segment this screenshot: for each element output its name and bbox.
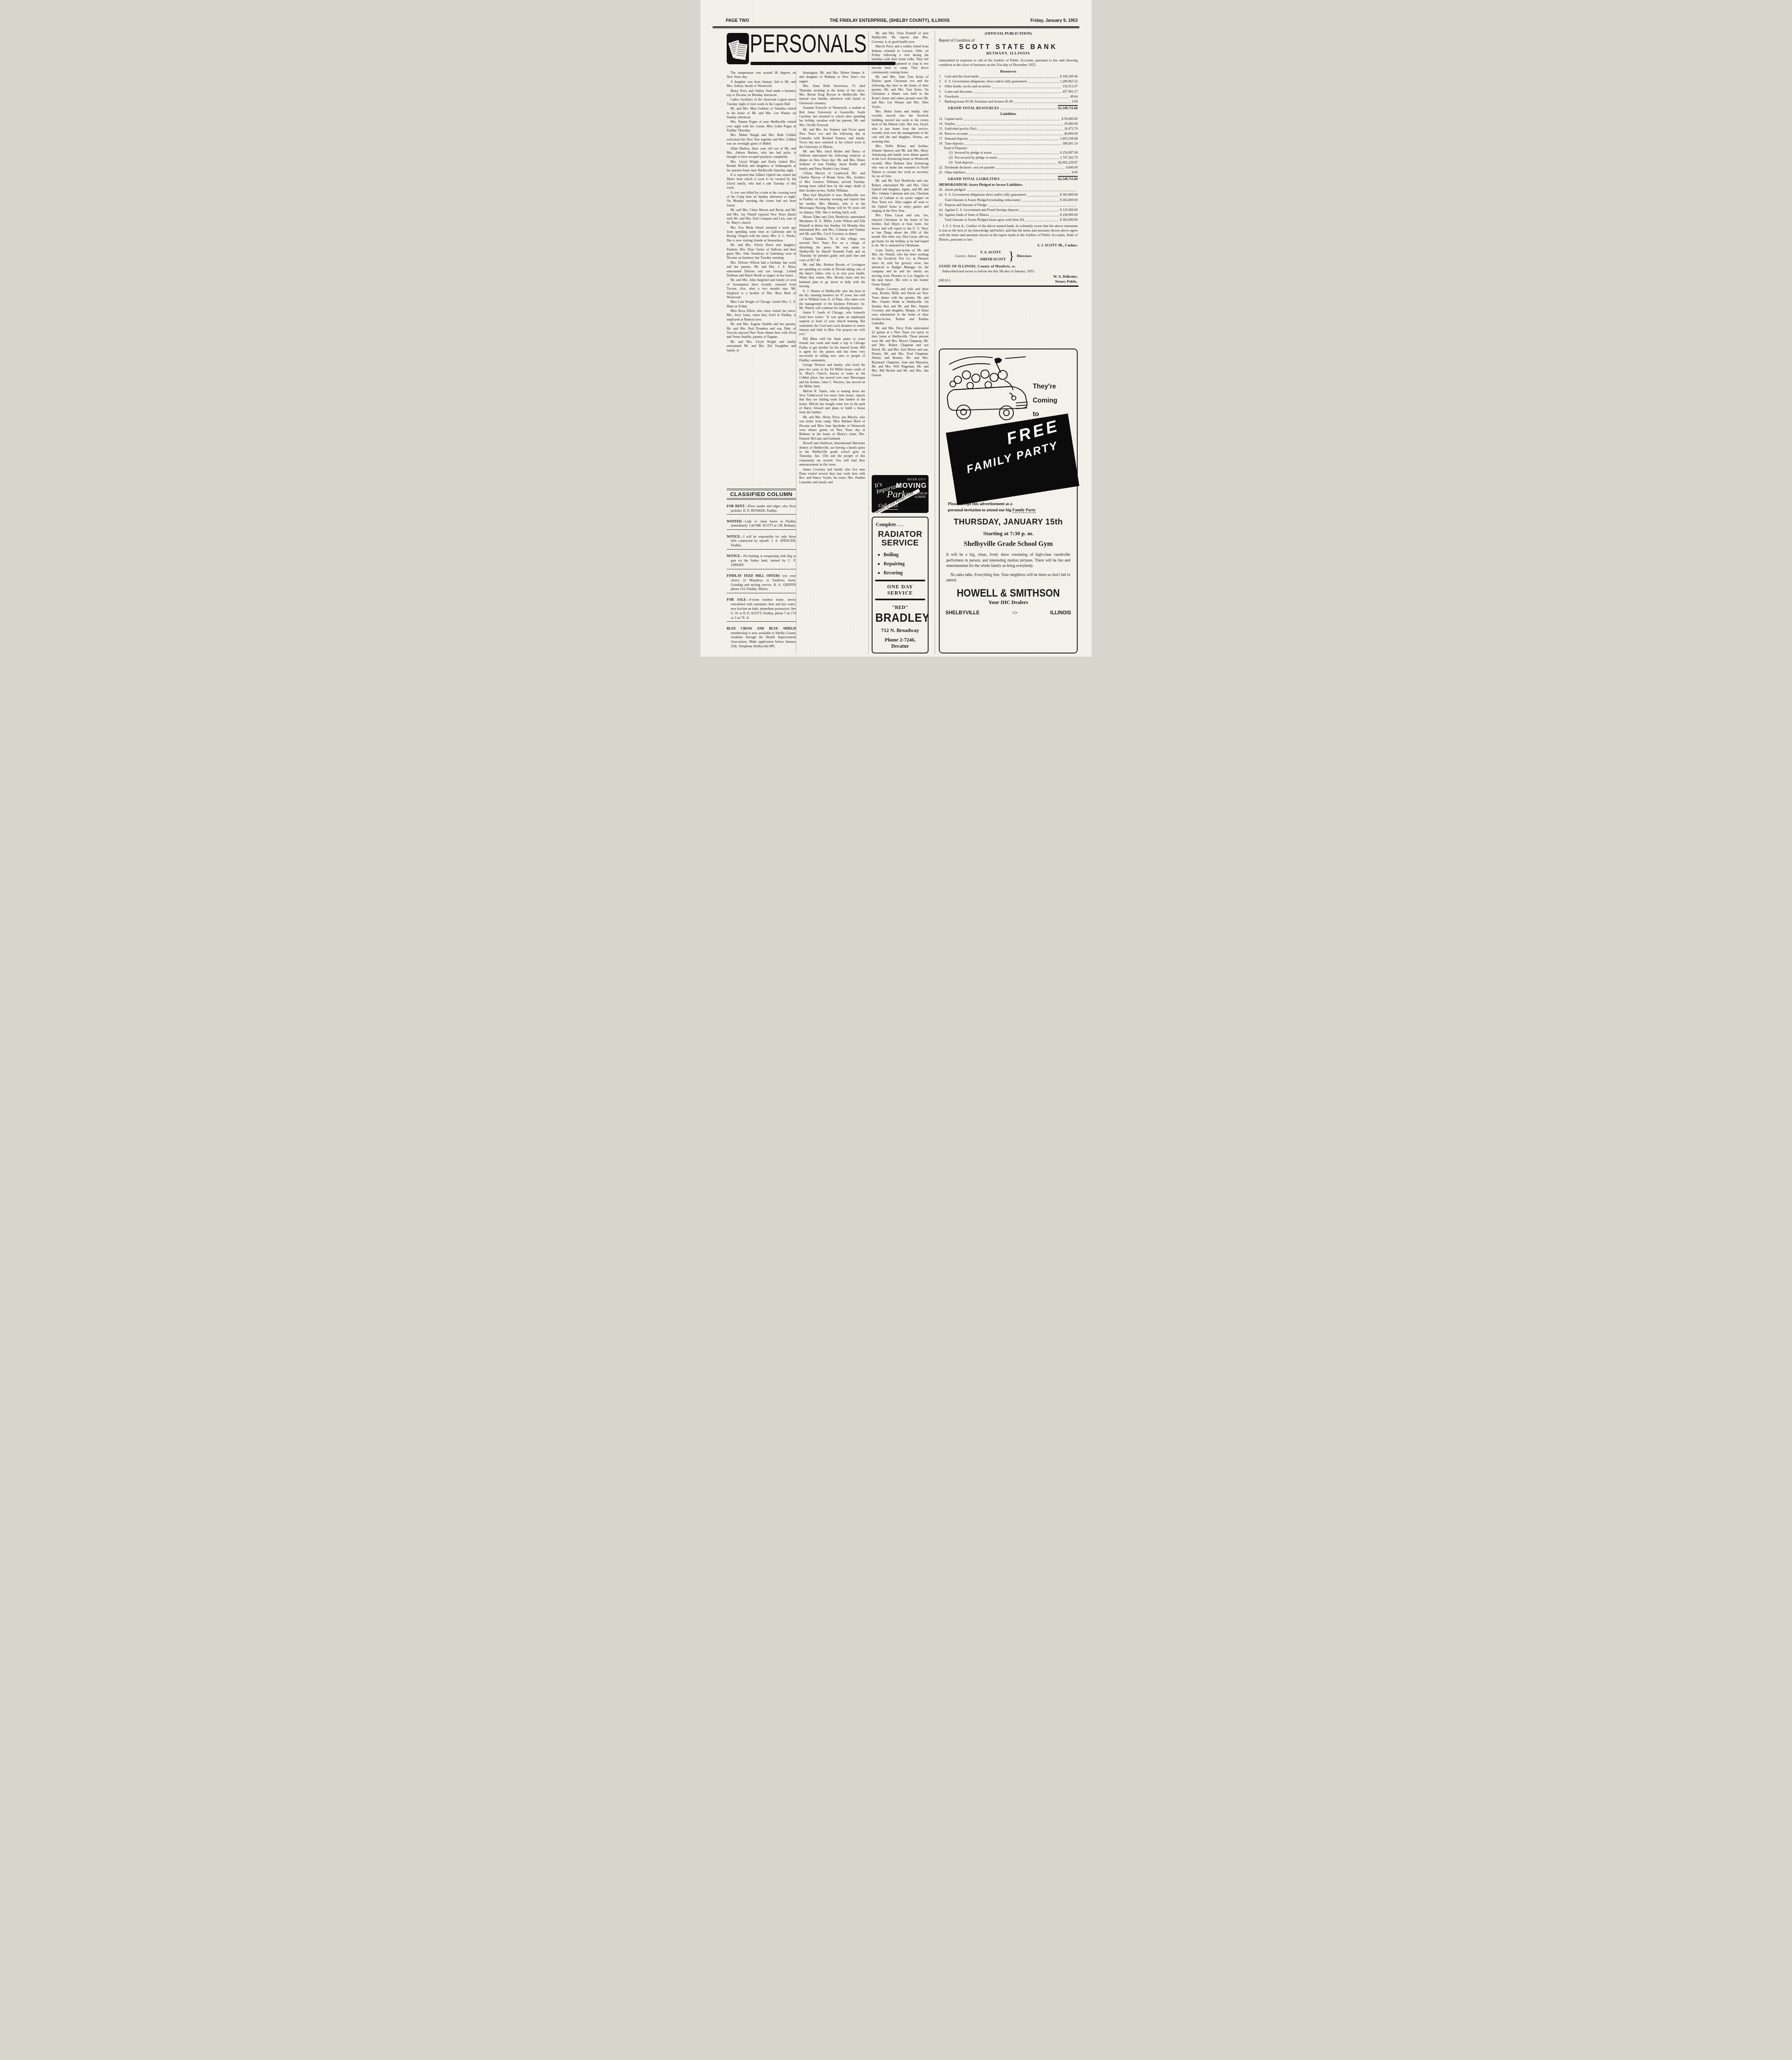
bullet-icon: ●: [877, 552, 880, 557]
personals-paragraph: Wayne Coventry and wife and three sons, …: [872, 287, 929, 326]
family-party-ad: They'reComingtoour FREE FAMILY PARTY Ple…: [939, 349, 1078, 653]
row-label: Overdrafts: [945, 94, 959, 99]
newspaper-icon: [727, 33, 749, 64]
row-label: U. S. Government obligations direct and/…: [945, 192, 1026, 197]
row-amount: $ 238,000.00: [1060, 213, 1078, 217]
personals-paragraph: Mr. and Mrs. Edwin Davis and daughter, P…: [727, 243, 796, 260]
personals-section: PERSONALS The temperature was around 40 …: [727, 31, 930, 653]
row-number: 6.: [939, 94, 945, 99]
row-label: Capital stock: [945, 117, 962, 121]
personals-paragraph: Henry Perry and Oakley Neal made a busin…: [727, 89, 796, 98]
invitation-line2: personal invitation to attend our big: [948, 508, 1011, 513]
row-amount: $ 50,000.00: [1062, 117, 1078, 121]
personals-paragraph: Charles Vadakin, 74, of this village, wa…: [799, 237, 865, 262]
report-intro: transmitted in response to call of the A…: [939, 58, 1078, 67]
row-label: Total deposits: [954, 160, 973, 165]
row-number: (1): [949, 150, 954, 155]
classified-column: CLASSIFIED COLUMN FOR RENT—Floor sander …: [727, 486, 796, 653]
personals-paragraph: Miss Earl Mayfield of near Shelbyville w…: [799, 193, 865, 215]
service-label: Repairing: [884, 561, 905, 567]
classified-ad-lead: NOTICE: [727, 554, 740, 558]
row-label: Total Amount of Assets Pledged (must agr…: [945, 218, 1024, 222]
row-amount: 18,473.79: [1064, 126, 1078, 131]
personals-column-2: Stonington, Mr. and Mrs. Robert Sanner J…: [796, 71, 865, 653]
personals-paragraph: Suzanne Eversole of Westervelt, a studen…: [799, 106, 865, 127]
dealer-name: HOWELL & SMITHSON: [945, 587, 1071, 599]
row-label: Dividends declared—not yet payable: [945, 165, 995, 170]
grand-total-resources-row: GRAND TOTAL RESOURCES $2,149,711.66: [939, 105, 1078, 110]
classified-title-rule: [727, 498, 796, 500]
coming-line: They're: [1033, 380, 1057, 394]
decatur-illinois-label: DECATUR ILLINOIS: [915, 492, 927, 499]
memo-row: 27. Purpose and Amount of Pledge:: [939, 203, 1078, 207]
coming-line: Coming: [1033, 394, 1057, 408]
dotted-leader: [993, 154, 1059, 154]
director-name: SMITH SCOTT: [980, 256, 1006, 262]
party-body-2: No sales talks. Everything free. Your ne…: [946, 572, 1070, 583]
dotted-leader: [998, 159, 1059, 159]
deposit-row: (3) Total deposits $2,002,229.87: [949, 160, 1078, 165]
party-time: Starting at 7:30 p. m.: [945, 530, 1071, 537]
resource-row: 4. Other bonds, stocks and securities 15…: [939, 84, 1078, 89]
personals-paragraph: Mrs. Anna Belle Stevenson, 74, died Thur…: [799, 84, 865, 105]
row-label: Not secured by pledge of assets: [954, 155, 997, 160]
section-divider-rule: [938, 286, 1078, 287]
service-bullet-item: ●Recoring: [877, 570, 924, 576]
personals-paragraph: Mrs. Mabel Slaugh and Mrs. Ruth Cribbet …: [727, 133, 796, 146]
personals-paragraph: Ladies Auxiliary of the American Legion …: [727, 98, 796, 106]
row-label: Purpose and Amount of Pledge:: [945, 203, 987, 207]
director-name: T. A. SCOTT: [980, 249, 1006, 255]
header-rule: [713, 26, 1079, 28]
personals-paragraph: Misses Edna and Zola Hendricks entertain…: [799, 215, 865, 236]
service-bullet-item: ●Repairing: [877, 561, 924, 567]
row-label: U. S. Government obligations, direct and…: [945, 79, 1027, 84]
deposit-row: (1) Secured by pledge of assets $ 254,88…: [949, 150, 1078, 155]
classified-ad-body: —I will be responsible for only those bi…: [731, 535, 796, 548]
classified-top-rule: [727, 489, 796, 490]
dotted-leader: [965, 145, 1061, 145]
dotted-leader: [978, 130, 1063, 130]
liability-row: 15. Undivided profits (Net) 18,473.79: [939, 126, 1078, 131]
dotted-leader: [956, 125, 1063, 125]
row-label: Reserve accounts: [945, 131, 968, 136]
dotted-leader: [1025, 221, 1059, 221]
bank-name: SCOTT STATE BANK: [939, 44, 1078, 51]
attest-label: Correct. Attest:: [939, 254, 980, 258]
row-amount: 48.64: [1070, 94, 1078, 99]
family-car-cartoon: [944, 353, 1029, 432]
radiator-rule-2: [875, 599, 925, 600]
party-venue: Shelbyville Grade School Gym: [945, 540, 1071, 548]
notary-title: Notary Public.: [1055, 279, 1078, 283]
bank-location: BETHANY, ILLINOIS: [939, 51, 1078, 55]
personals-paragraph: Mrs. Dolores Wilson had a birthday last …: [727, 261, 796, 278]
resource-row: 5. Loans and discounts 457,991.57: [939, 89, 1078, 94]
bank-report: (OFFICIAL PUBLICATION) Report of Conditi…: [939, 31, 1078, 290]
issue-date: Friday, January 9, 1953: [1030, 18, 1078, 23]
personals-column-3: Mr. and Mrs. Oran Donnell of near Shelby…: [868, 31, 929, 653]
row-label: Other bonds, stocks and securities: [945, 84, 991, 89]
report-of-condition-label: Report of Condition of: [939, 39, 1078, 43]
page-header: PAGE TWO THE FINDLAY ENTERPRISE, (SHELBY…: [726, 18, 1078, 23]
liability-row: 16. Reserve accounts 40,000.00: [939, 131, 1078, 136]
row-label: Secured by pledge of assets: [954, 150, 992, 155]
dotted-leader: [992, 88, 1062, 88]
grand-total-liabilities-label: GRAND TOTAL LIABILITIES: [948, 177, 1000, 181]
liability-row: 17. Demand deposits 1,693,538.68: [939, 136, 1078, 141]
dotted-leader: [980, 77, 1059, 78]
service-label: Boiling: [884, 552, 899, 558]
liability-row: 22. Dividends declared—not yet payable 4…: [939, 165, 1078, 170]
row-label: Demand deposits: [945, 136, 968, 141]
personals-paragraph: E. J. Watton of Shelbyville who has been…: [799, 289, 865, 311]
bullet-icon: ●: [877, 562, 880, 566]
classified-ad-lead: BLUE CROSS AND BLUE SHIELD: [727, 627, 796, 630]
dotted-leader: [967, 191, 1076, 191]
row-amount: 8.00: [1072, 170, 1078, 175]
dotted-leader: [996, 169, 1065, 169]
bradleys-name: BRADLEY'S: [875, 611, 925, 625]
parke-logo: Parke: [887, 489, 910, 500]
row-label: Against U. S. Government and Postal Savi…: [945, 208, 1019, 212]
row-number: 3.: [939, 79, 945, 84]
grand-total-resources-amount: $2,149,711.66: [1058, 105, 1078, 110]
classified-ad: WANTED—Lady to clean house in Findlay im…: [727, 518, 796, 530]
personals-paragraph: Mrs. Helen Jones and family, who recentl…: [872, 110, 929, 144]
inter-city-label: INTER-CITY: [907, 478, 926, 481]
personals-paragraph: Mr. and Mrs. Ancil Reider and Nancy of S…: [799, 150, 865, 171]
memo-row: (a) U. S. Government obligations direct …: [939, 192, 1078, 197]
resource-row: 1. Cash and due from banks $ 336,290.46: [939, 74, 1078, 79]
classified-ad: NOTICE—No hunting or trespassing with do…: [727, 553, 796, 569]
service-bullet-item: ●Boiling: [877, 552, 924, 558]
dotted-leader: [989, 206, 1076, 206]
personals-paragraph: Mr. and Mrs. Claire Herron and Becky and…: [727, 208, 796, 225]
resources-heading: Resources: [939, 69, 1078, 73]
classified-ad: NOTICE—I will be responsible for only th…: [727, 534, 796, 550]
personals-paragraph: It is reported that Gilbert Uphoff has r…: [727, 173, 796, 190]
personals-paragraph: Miss Lela Wright of Chicago visited Mrs.…: [727, 300, 796, 309]
cashier-signature: S. J. SCOTT JR., Cashier.: [939, 243, 1078, 247]
bullet-icon: ●: [877, 571, 880, 576]
dotted-leader: [973, 93, 1061, 93]
notary-name: W. A. DeBruler,: [1053, 274, 1078, 279]
total-deposits-label: Total of Deposits:: [939, 146, 1078, 150]
resource-row: 3. U. S. Government obligations, direct …: [939, 79, 1078, 84]
party-date: THURSDAY, JANUARY 15th: [945, 517, 1071, 527]
dealer-location-row: SHELBYVILLE -:- ILLINOIS: [945, 610, 1071, 616]
liability-row: 25. Other liabilities 8.00: [939, 170, 1078, 175]
dotted-leader: [1028, 82, 1059, 83]
row-label: Loans and discounts: [945, 89, 972, 94]
moving-label: MOVING: [896, 482, 927, 490]
row-label: Surplus: [945, 122, 955, 126]
personals-paragraph: Howell and Smithson, International Harve…: [799, 441, 865, 467]
bradleys-phone: Phone 2-7246, Decatur: [876, 637, 924, 649]
row-amount: $ 363,000.00: [1060, 198, 1078, 202]
row-number: 15.: [939, 126, 945, 131]
personals-paragraph: Mrs. Eva Mode Shuck returned a week ago …: [727, 226, 796, 243]
radiator-title: RADIATOR SERVICE: [876, 530, 924, 548]
classified-ad-body: —No hunting or trespassing with dog or g…: [731, 554, 796, 567]
liability-row: 12. Capital stock $ 50,000.00: [939, 117, 1078, 121]
grand-total-liabilities-amount: $2,149,711.66: [1058, 176, 1078, 181]
personals-paragraph: Louis Taylor, son-in-law of Mr. and Mrs.…: [872, 248, 929, 287]
row-number: 18.: [939, 141, 945, 146]
directors-brace-icon: }: [1008, 249, 1014, 263]
classified-ad-body: membership is now available to Shelby Co…: [731, 631, 796, 648]
personals-paragraph: Mr. and Mrs. John Tom Keim of DeSoto spe…: [872, 75, 929, 109]
row-label: Cash and due from banks: [945, 74, 979, 79]
row-label: Total Amount of Assets Pledged (excludin…: [945, 198, 1021, 202]
row-label: Time deposits: [945, 141, 964, 146]
row-label: Other liabilities: [945, 170, 966, 175]
grand-total-liabilities-row: GRAND TOTAL LIABILITIES $2,149,711.66: [939, 176, 1078, 181]
dotted-leader: [969, 140, 1059, 140]
classified-ad-lead: FOR SALE: [727, 598, 746, 602]
dotted-leader: [1022, 201, 1059, 201]
row-label: Banking house $1.00, Furniture and fixtu…: [945, 99, 1013, 104]
classified-ad: BLUE CROSS AND BLUE SHIELD membership is…: [727, 625, 796, 650]
row-number: (2): [949, 155, 954, 160]
dealer-subtitle: Your IHC Dealers: [945, 599, 1071, 606]
dotted-leader: [1001, 109, 1057, 109]
row-number: (a): [939, 192, 945, 197]
personals-paragraph: Marvin Perry and a soldier friend from I…: [872, 44, 929, 75]
row-amount: $ 336,290.46: [1060, 74, 1078, 79]
row-amount: $ 254,887.08: [1060, 150, 1078, 155]
resource-row: 6. Overdrafts 48.64: [939, 94, 1078, 99]
classified-ad-lead: WANTED: [727, 520, 742, 523]
page-number-label: PAGE TWO: [726, 18, 749, 23]
red-nickname: "RED": [876, 604, 924, 611]
personals-paragraph: A cow was killed by a train at the cross…: [727, 191, 796, 208]
dealer-separator: -:-: [980, 610, 1050, 616]
moving-city: DECATUR: [915, 492, 927, 495]
directors-label: Directors: [1017, 254, 1032, 258]
personals-paragraph: Mr. and Mr. Earl Hendricks and son, Robe…: [872, 179, 929, 213]
right-section: (OFFICIAL PUBLICATION) Report of Conditi…: [935, 31, 1078, 653]
dotted-leader: [975, 164, 1057, 164]
row-amount: 4,000.00: [1066, 165, 1078, 170]
row-amount: $ 363,000.00: [1060, 218, 1078, 222]
dotted-leader: [1027, 196, 1059, 197]
row-number: 14.: [939, 122, 945, 126]
bradleys-address: 712 N. Broadway: [876, 627, 924, 634]
personals-paragraph: Clifton Harvey of Leadwood, Mo. and Char…: [799, 171, 865, 193]
row-amount: 1,747,342.79: [1060, 155, 1078, 160]
personals-paragraph: The temperature was around 40 degrees on…: [727, 71, 796, 80]
classified-ad-lead: FINDLAY FEED MILL OFFERS: [727, 574, 780, 578]
dotted-leader: [967, 173, 1071, 174]
memo-row: Total Amount of Assets Pledged (must agr…: [939, 218, 1078, 222]
personals-paragraph: Stonington, Mr. and Mrs. Robert Sanner J…: [799, 71, 865, 84]
row-amount: 308,691.19: [1062, 141, 1078, 146]
party-body-1: It will be a big, clean, lively show con…: [946, 552, 1070, 569]
memo-row: 26. Assets pledged:: [939, 187, 1078, 192]
memo-row: (a) Against U. S. Government and Postal …: [939, 208, 1078, 212]
row-amount: $ 125,000.00: [1060, 208, 1078, 212]
newspaper-masthead: THE FINDLAY ENTERPRISE, (SHELBY COUNTY),…: [749, 18, 1030, 23]
row-number: 16.: [939, 131, 945, 136]
personals-paragraph: Mr. and Mrs. Joe Tennery and Victor spen…: [799, 128, 865, 149]
row-number: 17.: [939, 136, 945, 141]
personals-paragraph: Mr. and Mrs. Eugene Snuffin and her pare…: [727, 322, 796, 339]
official-publication-label: (OFFICIAL PUBLICATION): [939, 31, 1078, 35]
row-number: (b): [939, 213, 945, 217]
radiator-intro: Complete . . .: [876, 522, 924, 528]
dealer-state: ILLINOIS: [1050, 610, 1071, 616]
classified-ad: FOR RENT—Floor sander and edger; also fl…: [727, 503, 796, 515]
row-amount: 2.00: [1072, 99, 1078, 104]
invitation-emphasis: Family Party: [1013, 508, 1036, 513]
dotted-leader: [1001, 180, 1057, 180]
dotted-leader: [990, 216, 1059, 216]
row-number: (3): [949, 160, 954, 165]
memo-row: (b) Against funds of State of Illinois $…: [939, 213, 1078, 217]
dotted-leader: [1014, 103, 1070, 103]
row-number: 7.: [939, 99, 945, 104]
dotted-leader: [969, 135, 1063, 135]
personals-paragraph: Allan Harless, three year old son of Mr.…: [727, 147, 796, 159]
personals-paragraph: Mr. and Mrs. Mart Gabbart of Vandalia vi…: [727, 107, 796, 119]
deposit-row: (2) Not secured by pledge of assets 1,74…: [949, 155, 1078, 160]
personals-paragraph: Mrs. Lloyd Wright and Karla visited Mrs.…: [727, 160, 796, 173]
radiator-service-ad: Complete . . . RADIATOR SERVICE ●Boiling…: [872, 517, 929, 653]
row-amount: 35,000.00: [1064, 122, 1078, 126]
dotted-leader: [964, 120, 1060, 120]
personals-paragraph: Mr. and Mrs. John Siegfried and family o…: [727, 278, 796, 300]
liabilities-heading: Liabilities: [939, 112, 1078, 116]
row-number: 25.: [939, 170, 945, 175]
personals-paragraph: Mrs. Elma Lucas and son, Joe, enjoyed Ch…: [872, 213, 929, 248]
classified-ad-lead: NOTICE: [727, 535, 740, 538]
moving-state: ILLINOIS: [915, 496, 926, 499]
personals-paragraph: Mr. and Mrs. Henry Perry, son Marvin, wh…: [799, 415, 865, 441]
classified-ad: FOR SALE—4-room modern home, newly remod…: [727, 597, 796, 622]
personals-paragraph: A daughter was born January 2nd to Mr. a…: [727, 80, 796, 89]
personals-paragraph: Miss Reva Elliott who often visited her …: [727, 309, 796, 322]
row-amount: $2,002,229.87: [1058, 160, 1078, 165]
state-county-line: STATE OF ILLINOIS, County of Moultrie, s…: [939, 264, 1078, 268]
personals-paragraph: Mr. and Mrs. Herbert Brooks of Lovington…: [799, 263, 865, 288]
personals-paragraph: Bill Rhea sold his Stant piano to some f…: [799, 337, 865, 363]
newspaper-page: PAGE TWO THE FINDLAY ENTERPRISE, (SHELBY…: [700, 0, 1092, 657]
row-number: 27.: [939, 203, 945, 207]
row-number: 4.: [939, 84, 945, 89]
row-number: 22.: [939, 165, 945, 170]
dotted-leader: [1020, 211, 1059, 211]
personals-paragraph: Mrs. Nannie Pogue of near Shelbyville vi…: [727, 120, 796, 133]
service-label: Recoring: [884, 570, 903, 576]
row-amount: 40,000.00: [1064, 131, 1078, 136]
row-amount: 154,513.47: [1062, 84, 1078, 89]
attest-block: Correct. Attest: T. A. SCOTTSMITH SCOTT …: [939, 249, 1078, 263]
personals-paragraph: Mr. and Mrs. Lloyd Wright and family ent…: [727, 340, 796, 353]
affidavit-text: I, S. J. Scott Jr., Cashier of the above…: [939, 224, 1078, 242]
row-amount: $ 363,000.00: [1060, 192, 1078, 197]
grand-total-resources-label: GRAND TOTAL RESOURCES: [948, 106, 999, 110]
personals-paragraph: Mr. and Mrs. Oran Donnell of near Shelby…: [872, 31, 929, 44]
one-day-service-label: ONE DAY SERVICE: [876, 584, 924, 596]
memorandum-heading: MEMORANDUM: Assets Pledged to Secure Lia…: [939, 183, 1078, 187]
personals-paragraph: Melvin R. Yantis, who is tearing down th…: [799, 389, 865, 415]
column-3-ads: It's Important STORAGE for your POSSESSI…: [872, 475, 929, 653]
personals-paragraph: Mr. and Mrs. Perry Pritts entertained 22…: [872, 326, 929, 378]
personals-paragraph: Mrs. Nellie Briney and brother, Johnnie …: [872, 144, 929, 178]
resource-row: 7. Banking house $1.00, Furniture and fi…: [939, 99, 1078, 104]
call-5255-label: Call 5255: [878, 503, 898, 510]
personals-paragraph: George Wooters and family, who lived the…: [799, 363, 865, 389]
classified-ad: FINDLAY FEED MILL OFFERS you your choice…: [727, 573, 796, 593]
liability-row: 18. Time deposits 308,691.19: [939, 141, 1078, 146]
sworn-line: Subscribed and sworn to before me this 5…: [939, 269, 1078, 273]
personals-paragraph: James Coventry and family who live near …: [799, 468, 865, 485]
dotted-leader: [960, 98, 1069, 98]
row-label: Against funds of State of Illinois: [945, 213, 989, 217]
row-amount: 457,991.57: [1062, 89, 1078, 94]
row-label: Assets pledged:: [945, 187, 966, 192]
row-amount: 1,693,538.68: [1060, 136, 1078, 141]
radiator-rule: [875, 580, 925, 581]
row-amount: 1,200,865.52: [1060, 79, 1078, 84]
parke-moving-ad: It's Important STORAGE for your POSSESSI…: [872, 475, 929, 513]
masthead-underline: [751, 62, 896, 65]
personals-column-1: The temperature was around 40 degrees on…: [727, 71, 796, 653]
party-ad-illustration: They'reComingtoour FREE FAMILY PARTY: [945, 353, 1071, 500]
row-number: 1.: [939, 74, 945, 79]
personals-title: PERSONALS: [750, 29, 867, 59]
personals-section-header: PERSONALS: [727, 31, 865, 71]
row-number: 12.: [939, 117, 945, 121]
personals-paragraph: Jonita F. Leeds of Chicago, who formerly…: [799, 311, 865, 336]
row-number: 26.: [939, 187, 945, 192]
row-number: 5.: [939, 89, 945, 94]
classified-ad-lead: FOR RENT: [727, 504, 744, 508]
memo-row: Total Amount of Assets Pledged (excludin…: [939, 198, 1078, 202]
liability-row: 14. Surplus 35,000.00: [939, 122, 1078, 126]
row-number: (a): [939, 208, 945, 212]
classified-column-title: CLASSIFIED COLUMN: [727, 491, 796, 497]
row-label: Undivided profits (Net): [945, 126, 976, 131]
dealer-city: SHELBYVILLE: [945, 610, 980, 616]
